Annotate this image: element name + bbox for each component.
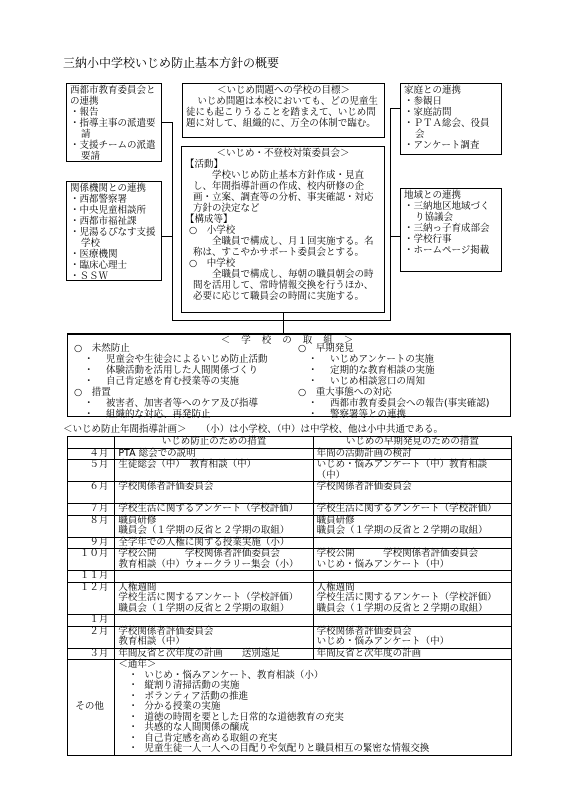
prevention-cell: 学校関係者評価委員会教育相談（中） bbox=[115, 626, 313, 648]
community-item: ・学校行事 bbox=[404, 234, 498, 245]
table-row: １２月人権週間学校生活に関するアンケート（学校評価）職員会（１学期の反省と２学期… bbox=[68, 582, 512, 615]
connector-community bbox=[390, 236, 400, 237]
effort-item: ・警察署等との連携 bbox=[294, 409, 510, 420]
agencies-heading: 関係機関との連携 bbox=[70, 183, 158, 194]
effort-item: ・体験活動を活用した人間関係づくり bbox=[70, 365, 290, 376]
detection-cell bbox=[313, 537, 511, 549]
table-row: ８月職員研修職員会（１学期の反省と２学期の取組）職員研修職員会（１学期の反省と２… bbox=[68, 515, 512, 537]
detection-cell bbox=[313, 571, 511, 583]
prevention-label: ○ 未然防止 bbox=[70, 343, 290, 354]
month-cell: ９月 bbox=[68, 537, 115, 549]
month-cell: ６月 bbox=[68, 482, 115, 504]
prevention-cell: 職員研修職員会（１学期の反省と２学期の取組） bbox=[115, 515, 313, 537]
early-detection-label: ○ 早期発見 bbox=[294, 343, 510, 354]
table-row-other: その他 ＜通年＞ ・いじめ・悩みアンケート、教育相談（小） ・縦割り清掃活動の実… bbox=[68, 660, 512, 756]
detection-cell: いじめ・悩みアンケート（中）教育相談（中） bbox=[313, 460, 511, 482]
connector-torikumi bbox=[283, 313, 284, 334]
frame-left-line bbox=[172, 122, 173, 321]
month-cell: １２月 bbox=[68, 582, 115, 615]
board-item: ・報告 bbox=[70, 107, 158, 118]
agency-item: ・中央児童相談所 bbox=[70, 205, 158, 216]
other-content: ＜通年＞ ・いじめ・悩みアンケート、教育相談（小） ・縦割り清掃活動の実施 ・ボ… bbox=[115, 660, 512, 756]
table-header-row: いじめ防止のための措置 いじめの早期発見のための措置 bbox=[68, 437, 512, 449]
table-row: ９月全学年での人権に関する授業実施（小） bbox=[68, 537, 512, 549]
detection-cell: 学校関係者評価委員会いじめ・悩みアンケート（中） bbox=[313, 626, 511, 648]
agency-item: ・西都警察署 bbox=[70, 194, 158, 205]
month-cell: １１月 bbox=[68, 571, 115, 583]
community-item: ・三納っ子育成部会 bbox=[404, 223, 498, 234]
month-cell: ４月 bbox=[68, 448, 115, 460]
detection-cell: 年間反省と次年度の計画 bbox=[313, 648, 511, 660]
prevention-cell: 生徒総会（中） 教育相談（中） bbox=[115, 460, 313, 482]
month-cell: ３月 bbox=[68, 648, 115, 660]
table-row: ６月学校関係者評価委員会学校関係者評価委員会 bbox=[68, 482, 512, 504]
detection-cell bbox=[313, 615, 511, 627]
agency-item: ・ＳＳＷ bbox=[70, 271, 158, 282]
header-prevention: いじめ防止のための措置 bbox=[115, 437, 313, 449]
annual-plan-title: ＜いじめ防止年間指導計画＞ （小）は小学校、（中）は中学校、他は小中共通である。 bbox=[63, 424, 443, 435]
month-cell: ７月 bbox=[68, 504, 115, 516]
serious-case-label: ○ 重大事態への対応 bbox=[294, 387, 510, 398]
community-item: ・三納地区地域づくり協議会 bbox=[404, 201, 498, 223]
junior-body: 全職員で構成し、毎朝の職員朝会の時間を活用して、常時情報交換を行うほか、必要に応… bbox=[185, 269, 381, 302]
activity-body: 学校いじめ防止基本方針作成・見直し、年間指導計画の作成、校内研修の企画・立案、調… bbox=[185, 170, 381, 214]
effort-item: ・いじめ相談窓口の周知 bbox=[294, 376, 510, 387]
board-item: ・指導主事の派遣要請 bbox=[70, 118, 158, 140]
elementary-body: 全職員で構成し、月１回実施する。名称は、すこやかサポート委員会とする。 bbox=[185, 236, 381, 258]
table-row: ７月学校生活に関するアンケート（学校評価）学校生活に関するアンケート（学校評価） bbox=[68, 504, 512, 516]
connector-agencies bbox=[162, 236, 173, 237]
detection-cell: 学校生活に関するアンケート（学校評価） bbox=[313, 504, 511, 516]
connector-family bbox=[390, 108, 400, 109]
effort-item: ・被害者、加害者等へのケア及び指導 bbox=[70, 398, 290, 409]
school-efforts-box: ＜ 学 校 の 取 組 ＞ ○ 未然防止 ・児童会や生徒会によるいじめ防止活動 … bbox=[67, 333, 511, 417]
effort-item: ・自己肯定感を育む授業等の実施 bbox=[70, 376, 290, 387]
junior-label: ○ 中学校 bbox=[185, 258, 381, 269]
connector-family-v bbox=[390, 108, 391, 123]
community-cooperation-box: 地域との連携 ・三納地区地域づくり協議会 ・三納っ子育成部会 ・学校行事 ・ホー… bbox=[400, 188, 502, 272]
detection-cell: 学校関係者評価委員会 bbox=[313, 482, 511, 504]
month-cell: ２月 bbox=[68, 626, 115, 648]
prevention-cell: 学校公開 学校関係者評価委員会教育相談（中）ウォークラリー集会（小） bbox=[115, 549, 313, 571]
month-cell: ８月 bbox=[68, 515, 115, 537]
table-row: ２月学校関係者評価委員会教育相談（中）学校関係者評価委員会いじめ・悩みアンケート… bbox=[68, 626, 512, 648]
month-cell: １月 bbox=[68, 615, 115, 627]
committee-box: ＜いじめ・不登校対策委員会＞ 【活動】 学校いじめ防止基本方針作成・見直し、年間… bbox=[181, 146, 385, 313]
prevention-cell: 年間反省と次年度の計画 送別遠足 bbox=[115, 648, 313, 660]
family-heading: 家庭との連携 bbox=[404, 85, 498, 96]
goal-body: いじめ問題は本校においても、どの児童生徒にも起こりうることを踏まえて、いじめ問題… bbox=[186, 96, 381, 129]
efforts-left-column: ○ 未然防止 ・児童会や生徒会によるいじめ防止活動 ・体験活動を活用した人間関係… bbox=[70, 343, 290, 420]
efforts-right-column: ○ 早期発見 ・いじめアンケートの実施 ・定期的な教育相談の実施 ・いじめ相談窓… bbox=[294, 343, 510, 420]
family-item: ・家庭訪問 bbox=[404, 107, 498, 118]
community-heading: 地域との連携 bbox=[404, 190, 498, 201]
effort-item: ・組織的な対応、再発防止 bbox=[70, 409, 290, 420]
prevention-cell: PTA 総会での説明 bbox=[115, 448, 313, 460]
agency-item: ・児湯るぴなす支援学校 bbox=[70, 227, 158, 249]
family-item: ・ＰＴＡ総会、役員会 bbox=[404, 118, 498, 140]
prevention-cell: 学校関係者評価委員会 bbox=[115, 482, 313, 504]
prevention-cell bbox=[115, 615, 313, 627]
composition-label: 【構成等】 bbox=[185, 214, 381, 225]
detection-cell: 人権週間学校生活に関するアンケート（学校評価）職員会（１学期の反省と２学期の取組… bbox=[313, 582, 511, 615]
activity-label: 【活動】 bbox=[185, 159, 381, 170]
table-row: １０月学校公開 学校関係者評価委員会教育相談（中）ウォークラリー集会（小）学校公… bbox=[68, 549, 512, 571]
other-label: その他 bbox=[68, 660, 115, 756]
frame-right-line bbox=[390, 122, 391, 321]
effort-item: ・西都市教育委員会への報告(事実確認) bbox=[294, 398, 510, 409]
family-item: ・参観日 bbox=[404, 96, 498, 107]
committee-heading: ＜いじめ・不登校対策委員会＞ bbox=[185, 148, 381, 159]
board-of-education-box: 西都市教育委員会との連携 ・報告 ・指導主事の派遣要請 ・支援チームの派遣要請 bbox=[66, 83, 162, 162]
prevention-cell bbox=[115, 571, 313, 583]
agency-item: ・西都市福祉課 bbox=[70, 216, 158, 227]
agencies-cooperation-box: 関係機関との連携 ・西都警察署 ・中央児童相談所 ・西都市福祉課 ・児湯るぴなす… bbox=[66, 181, 162, 281]
agency-item: ・臨床心理士 bbox=[70, 260, 158, 271]
month-cell: ５月 bbox=[68, 460, 115, 482]
elementary-label: ○ 小学校 bbox=[185, 225, 381, 236]
table-row: １１月 bbox=[68, 571, 512, 583]
header-detection: いじめの早期発見のための措置 bbox=[313, 437, 511, 449]
detection-cell: 年間の活動計画の検討 bbox=[313, 448, 511, 460]
table-row: ５月生徒総会（中） 教育相談（中）いじめ・悩みアンケート（中）教育相談（中） bbox=[68, 460, 512, 482]
board-heading: 西都市教育委員会との連携 bbox=[70, 85, 158, 107]
community-item: ・ホームページ掲載 bbox=[404, 245, 498, 256]
detection-cell: 学校公開 学校関係者評価委員会いじめ・悩みアンケート（中） bbox=[313, 549, 511, 571]
effort-item: ・いじめアンケートの実施 bbox=[294, 354, 510, 365]
effort-item: ・児童会や生徒会によるいじめ防止活動 bbox=[70, 354, 290, 365]
other-item: ・児童生徒一人一人への目配りや気配りと職員相互の緊密な情報交換 bbox=[118, 744, 508, 755]
board-item: ・支援チームの派遣要請 bbox=[70, 140, 158, 162]
table-row: １月 bbox=[68, 615, 512, 627]
frame-bottom-line bbox=[172, 320, 391, 321]
prevention-cell: 全学年での人権に関する授業実施（小） bbox=[115, 537, 313, 549]
family-item: ・アンケート調査 bbox=[404, 140, 498, 151]
detection-cell: 職員研修職員会（１学期の反省と２学期の取組） bbox=[313, 515, 511, 537]
prevention-cell: 学校生活に関するアンケート（学校評価） bbox=[115, 504, 313, 516]
table-row: ３月年間反省と次年度の計画 送別遠足年間反省と次年度の計画 bbox=[68, 648, 512, 660]
goal-heading: ＜いじめ問題への学校の目標＞ bbox=[186, 85, 381, 96]
agency-item: ・医療機関 bbox=[70, 249, 158, 260]
school-goal-box: ＜いじめ問題への学校の目標＞ いじめ問題は本校においても、どの児童生徒にも起こり… bbox=[182, 83, 385, 138]
page-title: 三納小中学校いじめ防止基本方針の概要 bbox=[63, 56, 279, 70]
annual-plan-table: いじめ防止のための措置 いじめの早期発見のための措置 ４月PTA 総会での説明年… bbox=[67, 436, 512, 756]
effort-item: ・定期的な教育相談の実施 bbox=[294, 365, 510, 376]
measures-label: ○ 措置 bbox=[70, 387, 290, 398]
family-cooperation-box: 家庭との連携 ・参観日 ・家庭訪問 ・ＰＴＡ総会、役員会 ・アンケート調査 bbox=[400, 83, 502, 155]
month-cell: １０月 bbox=[68, 549, 115, 571]
table-row: ４月PTA 総会での説明年間の活動計画の検討 bbox=[68, 448, 512, 460]
prevention-cell: 人権週間学校生活に関するアンケート（学校評価）職員会（１学期の反省と２学期の取組… bbox=[115, 582, 313, 615]
connector-board bbox=[162, 122, 173, 123]
